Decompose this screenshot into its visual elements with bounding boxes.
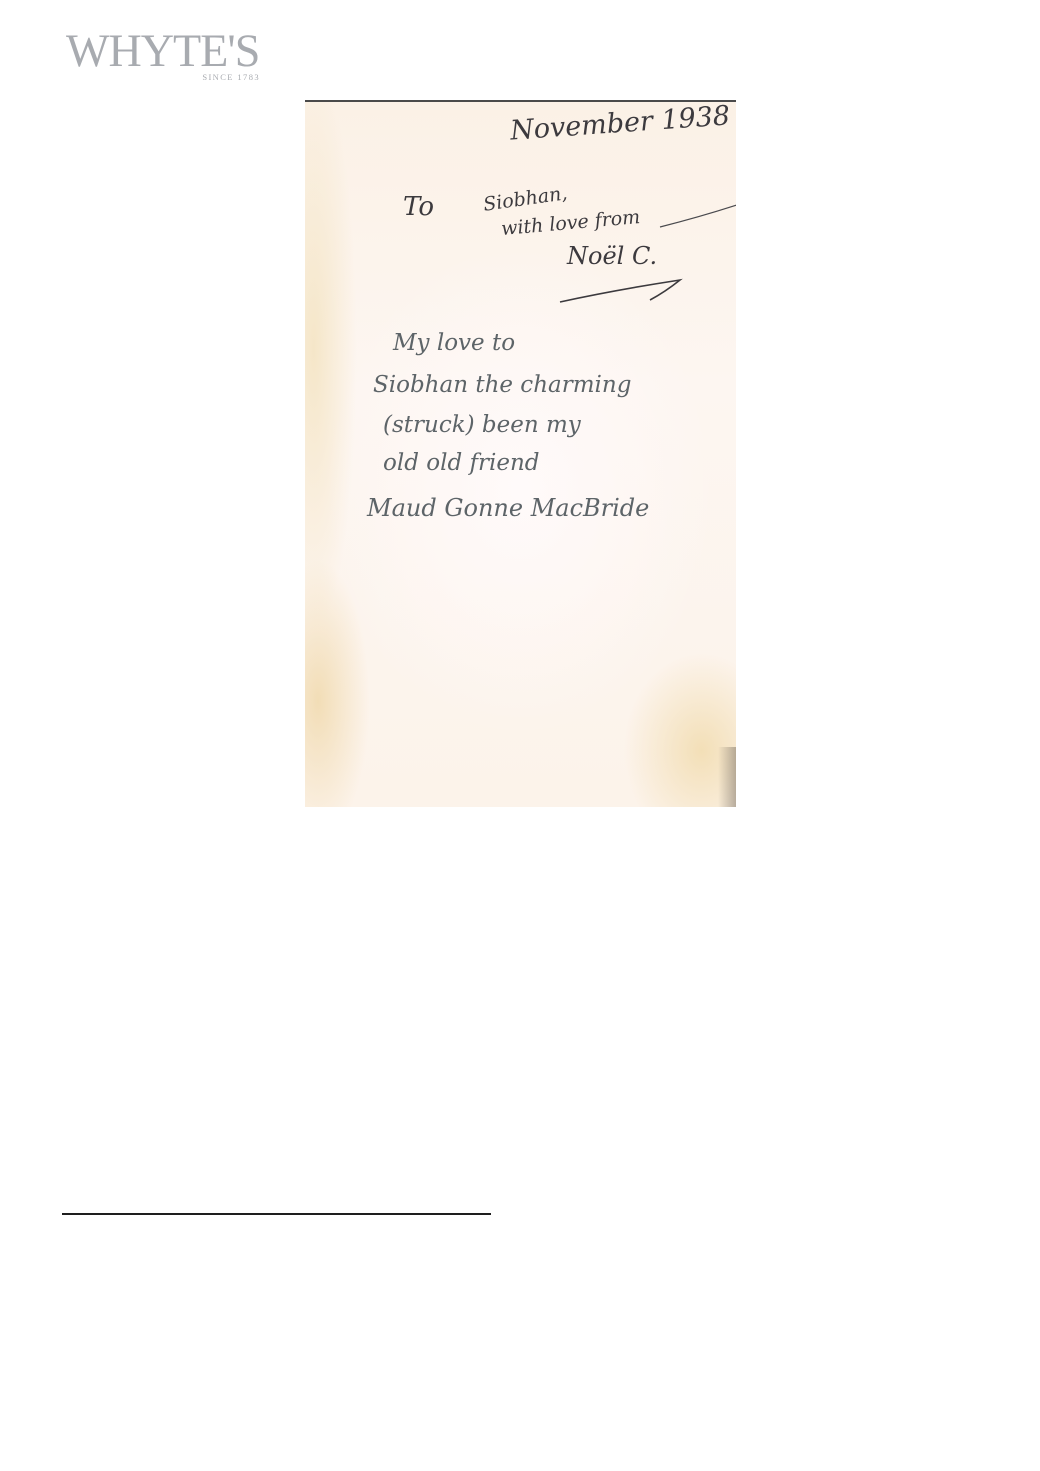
dedication-body: with love from	[500, 206, 641, 240]
inscription-date: November 1938	[509, 100, 731, 146]
inscription-scan: November 1938 To Siobhan, with love from…	[305, 100, 736, 807]
signature-maud-gonne: Maud Gonne MacBride	[367, 494, 649, 522]
dedication-to: To	[403, 192, 434, 222]
logo-wordmark: WHYTE'S	[66, 30, 258, 72]
logo-tagline: SINCE 1783	[202, 72, 260, 82]
pencil-note-line: Siobhan the charming	[373, 372, 631, 398]
signature-flourish	[555, 272, 695, 312]
signature-noel: Noël C.	[567, 242, 657, 270]
pencil-note-line: (struck) been my	[383, 412, 581, 438]
pen-stroke	[655, 202, 736, 232]
whytes-logo: WHYTE'S SINCE 1783	[66, 30, 262, 72]
pencil-note-line: old old friend	[383, 450, 540, 476]
footnote-divider	[62, 1213, 491, 1215]
pencil-note-line: My love to	[393, 330, 515, 356]
dedication-recipient: Siobhan,	[482, 182, 569, 216]
